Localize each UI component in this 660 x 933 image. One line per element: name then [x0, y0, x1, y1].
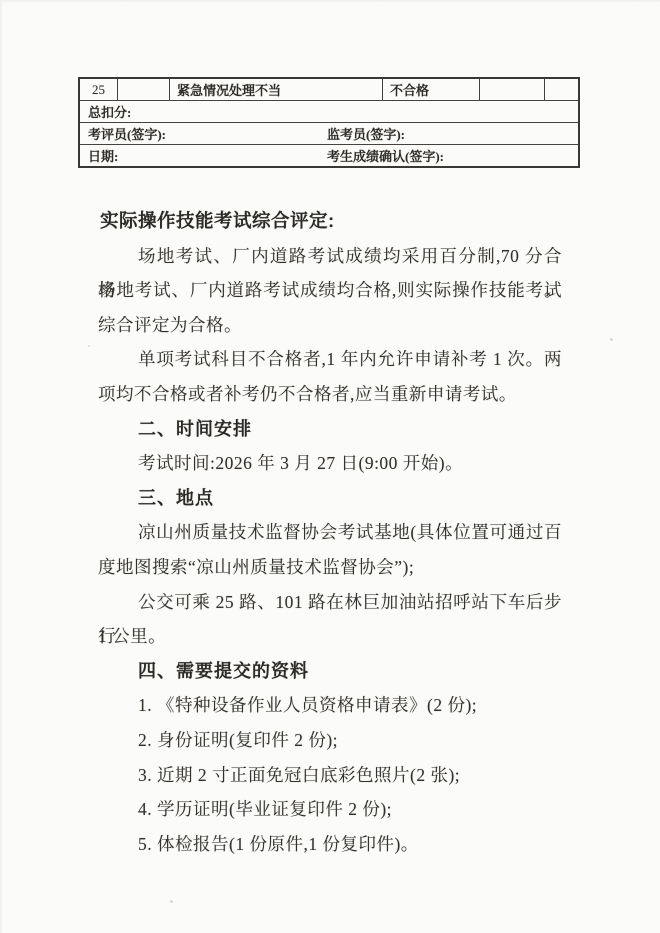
score-table: 25 紧急情况处理不当 不合格 总扣分: 考评员(签字): 监考员(签字): 日…: [78, 77, 580, 168]
cell-empty-1: [479, 79, 544, 100]
list-item-3: 3. 近期 2 寸正面免冠白底彩色照片(2 张);: [98, 758, 562, 793]
candidate-confirm-label: 考生成绩确认(签字):: [327, 146, 444, 165]
body-line: 度地图搜索“凉山州质量技术监督协会”);: [98, 550, 562, 585]
table-row-total-deduction: 总扣分:: [80, 100, 578, 122]
scan-noise-speck: [88, 345, 90, 347]
heading-section-materials: 四、需要提交的资料: [98, 654, 562, 689]
scan-edge-top: [0, 0, 660, 3]
body-line: 凉山州质量技术监督协会考试基地(具体位置可通过百: [98, 515, 562, 550]
scanned-document-page: { "colors": { "paper": "#fbfbf9", "ink":…: [0, 0, 660, 933]
document-body: 实际操作技能考试综合评定: 场地考试、厂内道路考试成绩均采用百分制,70 分合格…: [98, 204, 562, 861]
body-line: 公交可乘 25 路、101 路在林巨加油站招呼站下车后步行: [98, 585, 562, 620]
examiner-signature-label: 考评员(签字):: [80, 124, 166, 143]
scan-noise-speck: [170, 900, 173, 903]
list-item-2: 2. 身份证明(复印件 2 份);: [98, 723, 562, 758]
list-item-1: 1. 《特种设备作业人员资格申请表》(2 份);: [98, 688, 562, 723]
cell-empty-2: [544, 79, 578, 100]
cell-item-number: 25: [80, 79, 117, 100]
total-deduction-label: 总扣分:: [80, 102, 131, 121]
body-line: 项均不合格或者补考仍不合格者,应当重新申请考试。: [98, 377, 562, 412]
body-line: 场地考试、厂内道路考试成绩均采用百分制,70 分合格。: [98, 239, 562, 274]
table-row-item-25: 25 紧急情况处理不当 不合格: [80, 79, 578, 100]
heading-section-location: 三、地点: [98, 481, 562, 516]
cell-result: 不合格: [382, 79, 479, 100]
scan-noise-speck: [610, 338, 613, 341]
scan-edge-left: [0, 0, 3, 933]
body-line: 1 公里。: [98, 619, 562, 654]
cell-score-empty: [117, 79, 169, 100]
table-row-signatures: 考评员(签字): 监考员(签字):: [80, 122, 578, 144]
table-row-date-confirm: 日期: 考生成绩确认(签字):: [80, 144, 578, 166]
list-item-5: 5. 体检报告(1 份原件,1 份复印件)。: [98, 827, 562, 862]
exam-time-line: 考试时间:2026 年 3 月 27 日(9:00 开始)。: [98, 446, 562, 481]
date-label: 日期:: [80, 146, 118, 165]
body-line: 综合评定为合格。: [98, 308, 562, 343]
heading-section-time: 二、时间安排: [98, 412, 562, 447]
body-line: 单项考试科目不合格者,1 年内允许申请补考 1 次。两: [98, 342, 562, 377]
heading-overall-evaluation: 实际操作技能考试综合评定:: [98, 204, 562, 239]
supervisor-signature-label: 监考员(签字):: [327, 124, 405, 143]
list-item-4: 4. 学历证明(毕业证复印件 2 份);: [98, 792, 562, 827]
cell-item-description: 紧急情况处理不当: [169, 79, 382, 100]
body-line: 场地考试、厂内道路考试成绩均合格,则实际操作技能考试: [98, 273, 562, 308]
